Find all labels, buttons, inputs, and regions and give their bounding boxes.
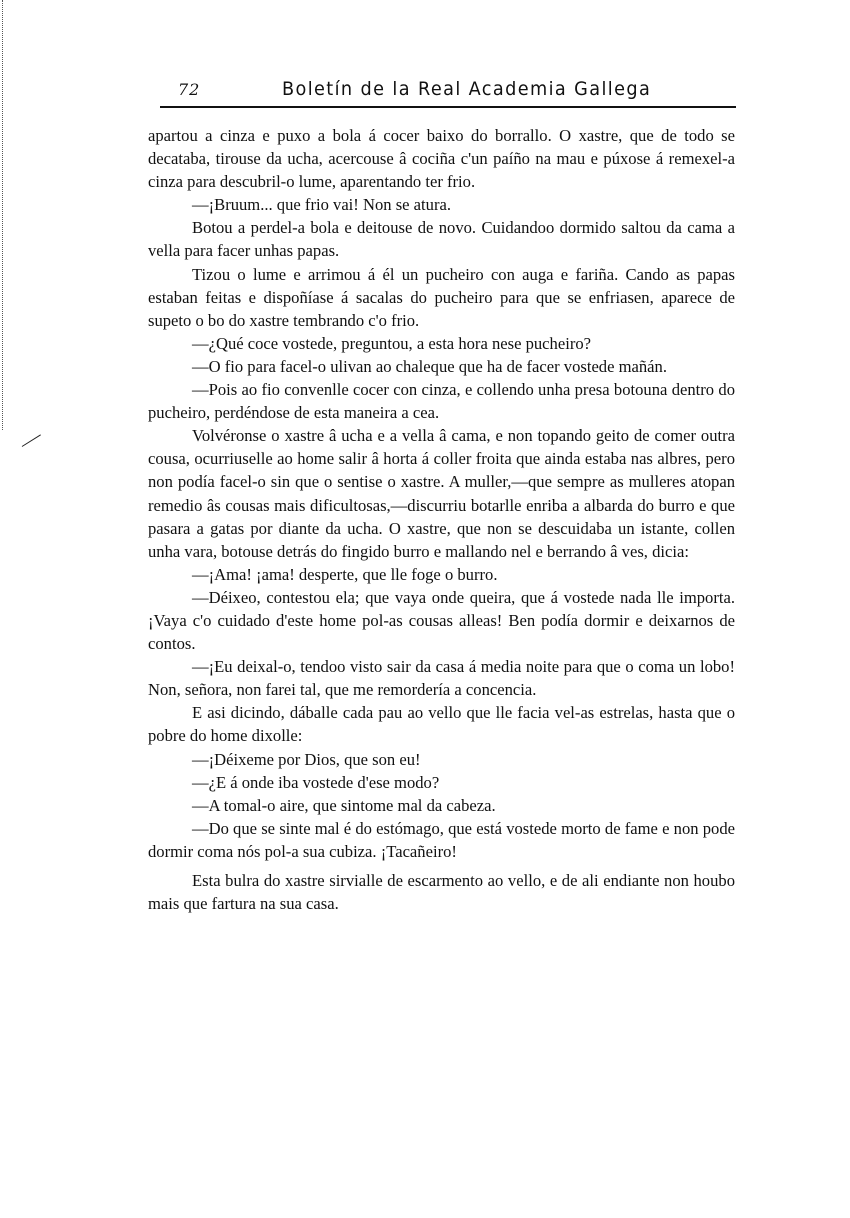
paragraph-15: —A tomal-o aire, que sintome mal da cabe… xyxy=(148,794,735,817)
paragraph-1: apartou a cinza e puxo a bola á cocer ba… xyxy=(148,124,735,193)
paragraph-14: —¿E á onde iba vostede d'ese modo? xyxy=(148,771,735,794)
paragraph-3: Botou a perdel-a bola e deitouse de novo… xyxy=(148,216,735,262)
paragraph-2: —¡Bruum... que frio vai! Non se atura. xyxy=(148,193,735,216)
paragraph-12: E asi dicindo, dáballe cada pau ao vello… xyxy=(148,701,735,747)
paragraph-16: —Do que se sinte mal é do estómago, que … xyxy=(148,817,735,863)
paragraph-11: —¡Eu deixal-o, tendoo visto sair da casa… xyxy=(148,655,735,701)
header-rule xyxy=(160,106,736,108)
paragraph-5: —¿Qué coce vostede, preguntou, a esta ho… xyxy=(148,332,735,355)
paragraph-17-closing: Esta bulra do xastre sirvialle de escarm… xyxy=(148,869,735,915)
paragraph-9: —¡Ama! ¡ama! desperte, que lle foge o bu… xyxy=(148,563,735,586)
paragraph-10: —Déixeo, contestou ela; que vaya onde qu… xyxy=(148,586,735,655)
paragraph-4: Tizou o lume e arrimou á él un pucheiro … xyxy=(148,263,735,332)
body-text: apartou a cinza e puxo a bola á cocer ba… xyxy=(148,124,735,915)
page-number: 72 xyxy=(178,80,200,99)
paragraph-8: Volvéronse o xastre â ucha e a vella â c… xyxy=(148,424,735,563)
paragraph-7: —Pois ao fio convenlle cocer con cinza, … xyxy=(148,378,735,424)
page-header: 72 Boletín de la Real Academia Gallega xyxy=(160,76,736,106)
paragraph-6: —O fio para facel-o ulivan ao chaleque q… xyxy=(148,355,735,378)
paragraph-13: —¡Déixeme por Dios, que son eu! xyxy=(148,748,735,771)
running-title: Boletín de la Real Academia Gallega xyxy=(282,78,651,100)
scan-left-edge-artifact xyxy=(2,0,5,430)
stray-pencil-mark xyxy=(22,434,41,447)
